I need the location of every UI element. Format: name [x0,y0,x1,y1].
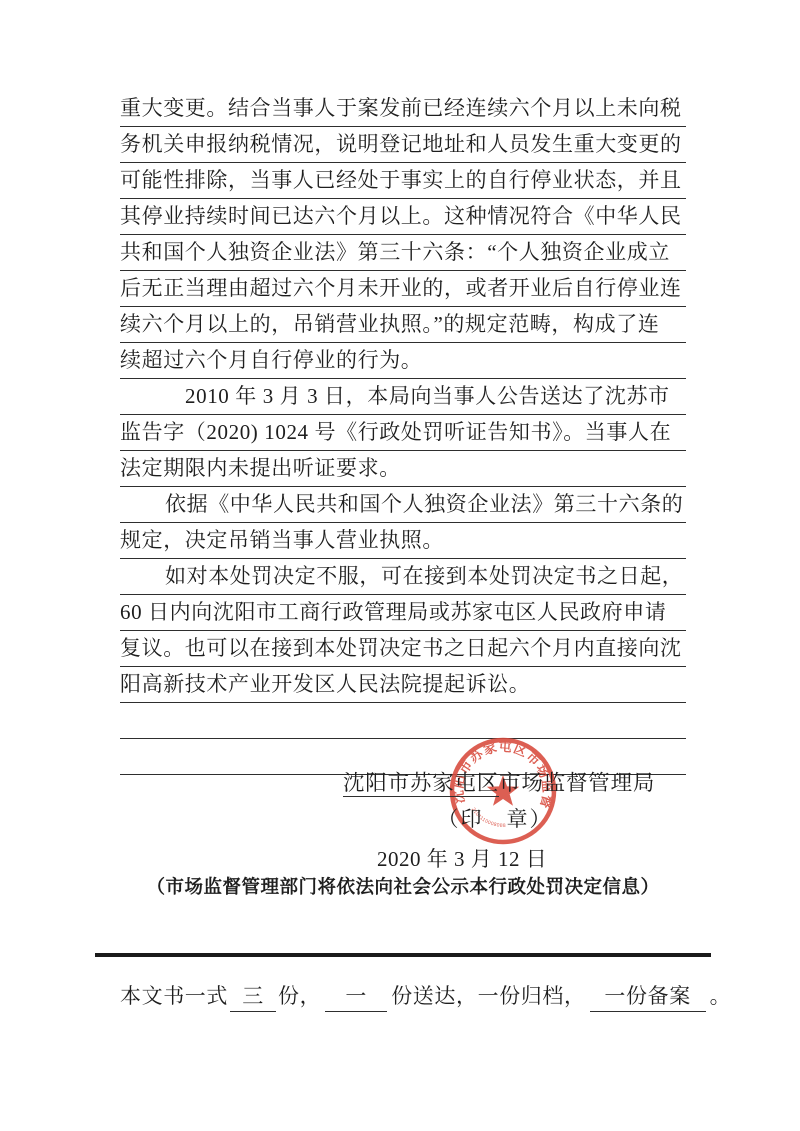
form-line: 其停业持续时间已达六个月以上。这种情况符合《中华人民 [120,199,686,235]
form-line: 复议。也可以在接到本处罚决定书之日起六个月内直接向沈 [120,631,686,667]
publicity-note: （市场监督管理部门将依法向社会公示本行政处罚决定信息） [60,873,746,899]
footer-divider-rule [95,953,711,957]
form-line: 监告字（2020) 1024 号《行政处罚听证告知书》。当事人在 [120,415,686,451]
agency-name-underlined: 沈阳市苏家屯区 [343,771,499,797]
form-line: 60 日内向沈阳市工商行政管理局或苏家屯区人民政府申请 [120,595,686,631]
document-body: 重大变更。结合当事人于案发前已经连续六个月以上未向税 务机关申报纳税情况，说明登… [120,91,686,775]
form-line: 续超过六个月自行停业的行为。 [120,343,686,379]
agency-name-rest: 市场监督管理局 [499,771,655,795]
copies-prefix: 本文书一式 [120,984,228,1008]
penalty-decision-document: 重大变更。结合当事人于案发前已经连续六个月以上未向税 务机关申报纳税情况，说明登… [0,0,800,1131]
copies-record-blank: 一份备案 [590,981,706,1012]
form-line: 依据《中华人民共和国个人独资企业法》第三十六条的 [120,487,686,523]
form-line: 阳高新技术产业开发区人民法院提起诉讼。 [120,667,686,703]
form-line: 规定，决定吊销当事人营业执照。 [120,523,686,559]
form-line: 重大变更。结合当事人于案发前已经连续六个月以上未向税 [120,91,686,127]
seal-placeholder-label: （印 章） [420,803,570,833]
form-line: 后无正当理由超过六个月未开业的，或者开业后自行停业连 [120,271,686,307]
form-line: 共和国个人独资企业法》第三十六条：“个人独资企业成立 [120,235,686,271]
form-line: 务机关申报纳税情况，说明登记地址和人员发生重大变更的 [120,127,686,163]
copies-count-blank: 三 [230,981,276,1012]
copies-mid2: 份送达，一份归档， [391,984,585,1008]
form-line: 如对本处罚决定不服，可在接到本处罚决定书之日起， [120,559,686,595]
decision-date: 2020 年 3 月 12 日 [377,843,547,873]
issuing-agency-name: 沈阳市苏家屯区市场监督管理局 [343,766,655,797]
copies-note: 本文书一式三份，一份送达，一份归档，一份备案。 [120,980,731,1012]
copies-suffix: 。 [710,984,732,1008]
form-line: 可能性排除，当事人已经处于事实上的自行停业状态，并且 [120,163,686,199]
form-line: 2010 年 3 月 3 日，本局向当事人公告送达了沈苏市 [120,379,686,415]
form-line-empty [120,703,686,739]
copies-mid1: 份， [278,984,321,1008]
form-line: 法定期限内未提出听证要求。 [120,451,686,487]
form-line: 续六个月以上的，吊销营业执照。”的规定范畴，构成了连 [120,307,686,343]
copies-delivered-blank: 一 [325,981,387,1012]
